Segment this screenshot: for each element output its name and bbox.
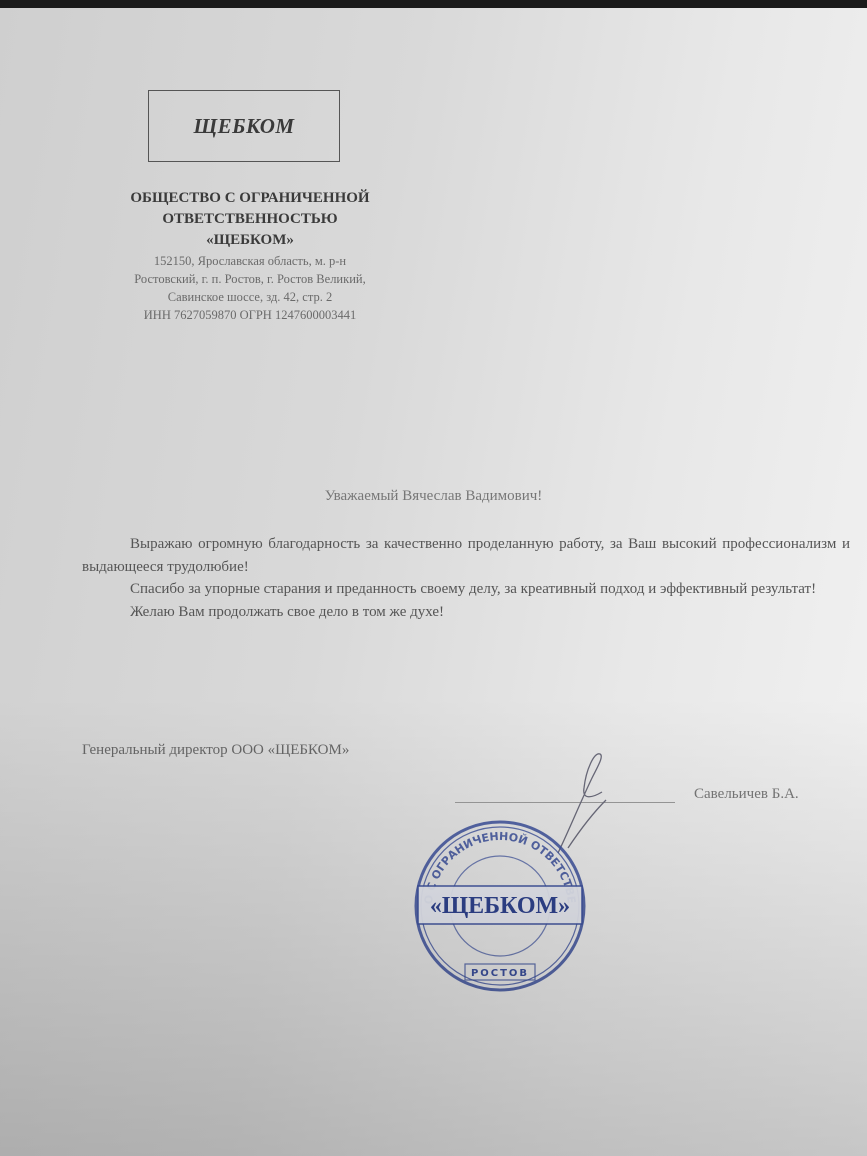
company-stamp-icon: ОБЩЕСТВО С ОГРАНИЧЕННОЙ ОТВЕТСТВЕННОСТЬЮ… [410,816,590,992]
paragraph: Желаю Вам продолжать свое дело в том же … [82,601,850,624]
svg-text:РОСТОВ: РОСТОВ [471,968,529,979]
paragraph: Выражаю огромную благодарность за качест… [82,533,850,578]
org-name-line: ОБЩЕСТВО С ОГРАНИЧЕННОЙ [80,188,420,209]
signer-title: Генеральный директор ООО «ЩЕБКОМ» [82,742,349,759]
logo-text: ЩЕБКОМ [193,114,294,139]
greeting: Уважаемый Вячеслав Вадимович! [0,488,867,505]
org-name-line: ОТВЕТСТВЕННОСТЬЮ [80,209,420,230]
address-line: Савинское шоссе, зд. 42, стр. 2 [80,289,420,305]
address-line: Ростовский, г. п. Ростов, г. Ростов Вели… [80,271,420,287]
paragraph: Спасибо за упорные старания и преданност… [82,578,850,601]
svg-text:«ЩЕБКОМ»: «ЩЕБКОМ» [430,893,570,919]
letter-page: ЩЕБКОМ ОБЩЕСТВО С ОГРАНИЧЕННОЙ ОТВЕТСТВЕ… [0,8,867,1156]
org-name-line: «ЩЕБКОМ» [80,230,420,251]
address-line: 152150, Ярославская область, м. р-н [80,253,420,269]
letterhead: ОБЩЕСТВО С ОГРАНИЧЕННОЙ ОТВЕТСТВЕННОСТЬЮ… [80,188,420,323]
letter-body: Выражаю огромную благодарность за качест… [82,533,850,623]
company-logo: ЩЕБКОМ [148,90,340,162]
address-line: ИНН 7627059870 ОГРН 1247600003441 [80,307,420,323]
signer-name: Савельичев Б.А. [694,786,799,803]
